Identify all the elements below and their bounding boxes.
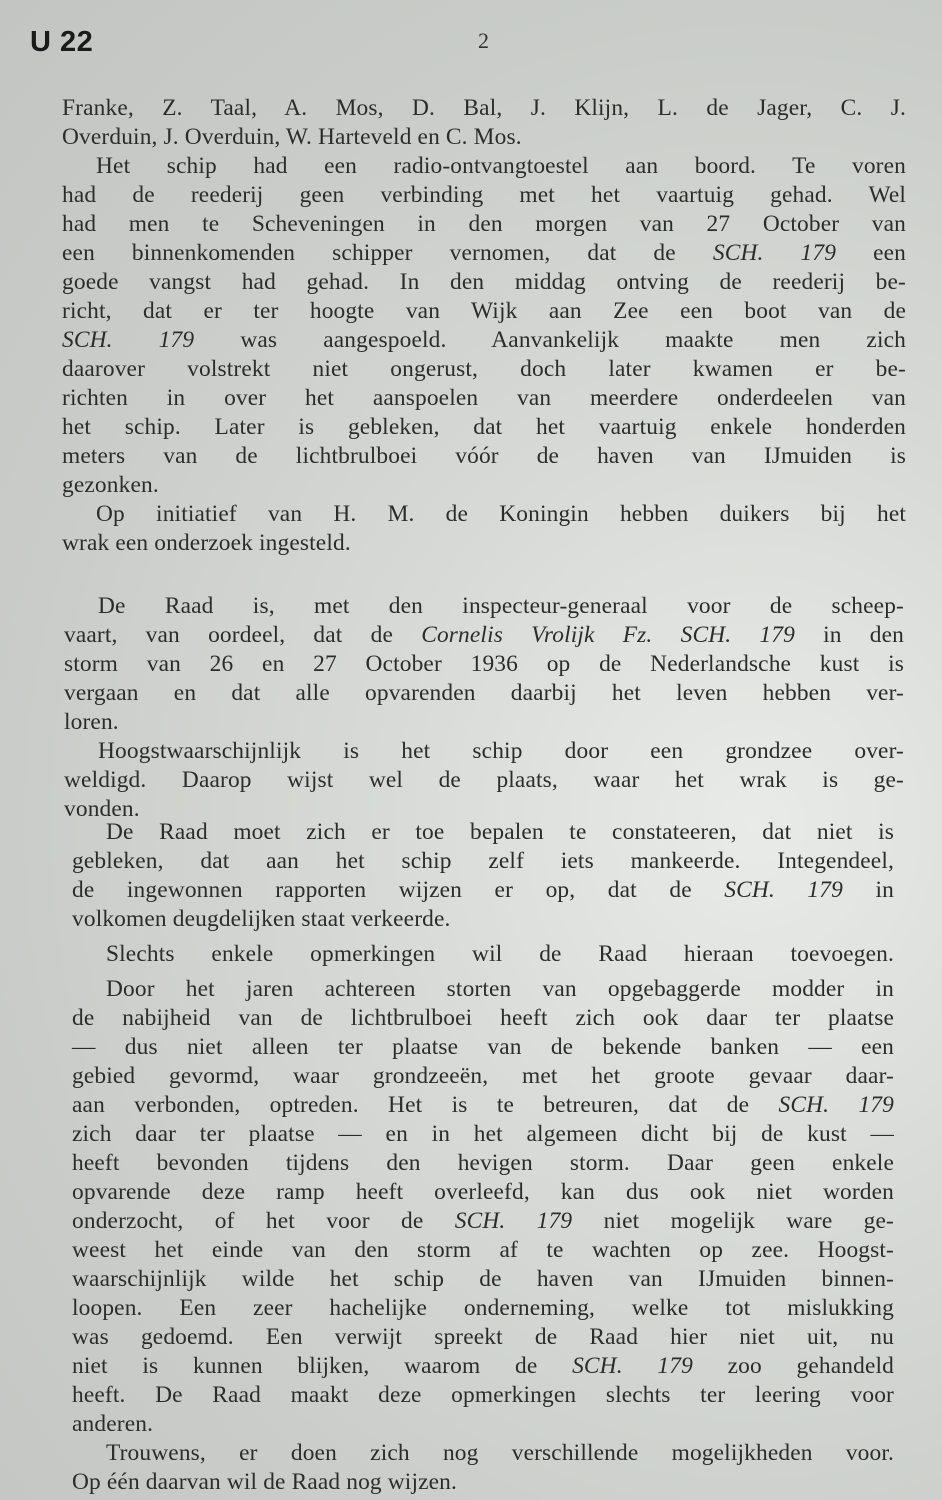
text-line: daarover volstrekt niet ongerust, doch l… (62, 355, 906, 384)
paragraph-raad-oordeel: De Raad is, met den inspecteur-generaal … (64, 592, 904, 737)
text-line: het schip. Later is gebleken, dat het va… (62, 413, 906, 442)
text-line: De Raad moet zich er toe bepalen te cons… (72, 818, 894, 847)
text-line: Het schip had een radio-ontvangtoestel a… (62, 152, 906, 181)
text-line: een binnenkomenden schipper vernomen, da… (62, 239, 906, 268)
text-line: gebied gevormd, waar grondzeeën, met het… (72, 1062, 894, 1091)
text-line: richten in over het aanspoelen van meerd… (62, 384, 906, 413)
body-section-1: Franke, Z. Taal, A. Mos, D. Bal, J. Klij… (62, 94, 906, 558)
text-line: aan verbonden, optreden. Het is te betre… (72, 1091, 894, 1120)
text-line: waarschijnlijk wilde het schip de haven … (72, 1265, 894, 1294)
body-section-3: De Raad moet zich er toe bepalen te cons… (72, 818, 894, 1497)
text-line: loopen. Een zeer hachelijke onderneming,… (72, 1294, 894, 1323)
text-line: SCH. 179 was aangespoeld. Aanvankelijk m… (62, 326, 906, 355)
text-line: gezonken. (62, 471, 906, 500)
text-line: Overduin, J. Overduin, W. Harteveld en C… (62, 123, 906, 152)
text-line: Op één daarvan wil de Raad nog wijzen. (72, 1468, 894, 1497)
text-line: Slechts enkele opmerkingen wil de Raad h… (72, 940, 894, 969)
text-line: wrak een onderzoek ingesteld. (62, 529, 906, 558)
text-line: richt, dat er ter hoogte van Wijk aan Ze… (62, 297, 906, 326)
paragraph-modder: Door het jaren achtereen storten van opg… (72, 975, 894, 1439)
paragraph-constateeren: De Raad moet zich er toe bepalen te cons… (72, 818, 894, 934)
text-line: gebleken, dat aan het schip zelf iets ma… (72, 847, 894, 876)
text-line: heeft bevonden tijdens den hevigen storm… (72, 1149, 894, 1178)
paragraph-trouwens: Trouwens, er doen zich nog verschillende… (72, 1439, 894, 1497)
document-code: U 22 (30, 26, 93, 59)
text-line: was gedoemd. Een verwijt spreekt de Raad… (72, 1323, 894, 1352)
text-line: niet is kunnen blijken, waarom de SCH. 1… (72, 1352, 894, 1381)
text-line: anderen. (72, 1410, 894, 1439)
text-line: weest het einde van den storm af te wach… (72, 1236, 894, 1265)
body-section-2: De Raad is, met den inspecteur-generaal … (64, 592, 904, 824)
page-number: 2 (478, 28, 489, 54)
paragraph-opmerkingen: Slechts enkele opmerkingen wil de Raad h… (72, 940, 894, 969)
text-line: loren. (64, 708, 904, 737)
text-line: zich daar ter plaatse — en in het algeme… (72, 1120, 894, 1149)
text-line: onderzocht, of het voor de SCH. 179 niet… (72, 1207, 894, 1236)
text-line: Door het jaren achtereen storten van opg… (72, 975, 894, 1004)
text-line: vaart, van oordeel, dat de Cornelis Vrol… (64, 621, 904, 650)
text-line: vergaan en dat alle opvarenden daarbij h… (64, 679, 904, 708)
text-line: opvarende deze ramp heeft overleefd, kan… (72, 1178, 894, 1207)
text-line: had de reederij geen verbinding met het … (62, 181, 906, 210)
text-line: de nabijheid van de lichtbrulboei heeft … (72, 1004, 894, 1033)
text-line: weldigd. Daarop wijst wel de plaats, waa… (64, 766, 904, 795)
text-line: — dus niet alleen ter plaatse van de bek… (72, 1033, 894, 1062)
text-line: heeft. De Raad maakt deze opmerkingen sl… (72, 1381, 894, 1410)
text-line: goede vangst had gehad. In den middag on… (62, 268, 906, 297)
text-line: De Raad is, met den inspecteur-generaal … (64, 592, 904, 621)
text-line: de ingewonnen rapporten wijzen er op, da… (72, 876, 894, 905)
text-line: had men te Scheveningen in den morgen va… (62, 210, 906, 239)
paragraph-crew-list: Franke, Z. Taal, A. Mos, D. Bal, J. Klij… (62, 94, 906, 152)
paragraph-divers: Op initiatief van H. M. de Koningin hebb… (62, 500, 906, 558)
text-line: storm van 26 en 27 October 1936 op de Ne… (64, 650, 904, 679)
paragraph-radio: Het schip had een radio-ontvangtoestel a… (62, 152, 906, 500)
paragraph-grondzee: Hoogstwaarschijnlijk is het schip door e… (64, 737, 904, 824)
text-line: meters van de lichtbrulboei vóór de have… (62, 442, 906, 471)
text-line: Hoogstwaarschijnlijk is het schip door e… (64, 737, 904, 766)
text-line: Trouwens, er doen zich nog verschillende… (72, 1439, 894, 1468)
text-line: Franke, Z. Taal, A. Mos, D. Bal, J. Klij… (62, 94, 906, 123)
text-line: Op initiatief van H. M. de Koningin hebb… (62, 500, 906, 529)
document-page: U 22 2 Franke, Z. Taal, A. Mos, D. Bal, … (0, 0, 942, 1500)
text-line: volkomen deugdelijken staat verkeerde. (72, 905, 894, 934)
